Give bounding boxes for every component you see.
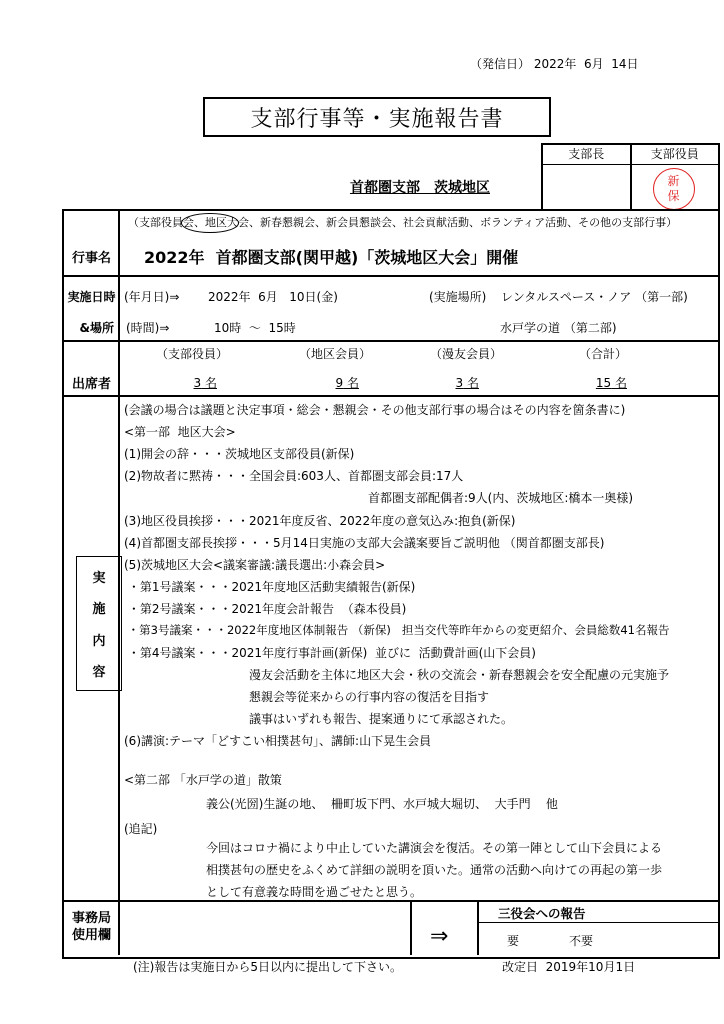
place-1-value[interactable]: レンタルスペース・ノア （第一部): [501, 288, 688, 305]
option-not-required[interactable]: 不要: [569, 932, 593, 949]
stamp-char: 新: [667, 174, 679, 189]
content-line: ・第4号議案・・・2021年度行事計画(新保) 並びに 活動費計画(山下会員): [124, 644, 536, 661]
attendee-count-manyu[interactable]: 3 名: [431, 374, 479, 391]
attendee-header-total: （合計）: [579, 345, 627, 362]
content-line: (4)首都圏支部長挨拶・・・5月14日実施の支部大会議案要旨ご説明他 （関首都圏…: [124, 534, 604, 551]
divider: [410, 900, 412, 955]
divider: [64, 340, 718, 342]
divider: [477, 900, 479, 955]
event-name-label: 行事名: [64, 247, 119, 266]
content-line: <第一部 地区大会>: [124, 423, 236, 440]
content-label-char: 容: [92, 661, 105, 680]
content-line: 今回はコロナ禍により中止していた講演会を復活。その第一陣として山下会員による: [206, 839, 662, 856]
divider: [479, 922, 718, 923]
approval-header: 支部長: [543, 145, 630, 165]
attendee-count-district[interactable]: 9 名: [301, 374, 359, 391]
approval-col-officer: 支部役員 新 保: [630, 145, 719, 211]
attendee-header-district: （地区会員）: [299, 345, 371, 362]
approval-header: 支部役員: [632, 145, 719, 165]
content-line: (追記): [124, 820, 157, 837]
approval-col-branch-head: 支部長: [543, 145, 630, 211]
content-line: 首都圏支部配偶者:9人(内、茨城地区:橋本一奥様): [368, 489, 633, 506]
content-instructions: (会議の場合は議題と決定事項・総会・懇親会・その他支部行事の場合はその内容を箇条…: [124, 401, 625, 418]
content-label-box: 実 施 内 容: [76, 556, 122, 691]
approval-box: 支部長 支部役員 新 保: [541, 143, 720, 211]
approval-seal-field[interactable]: 新 保: [632, 165, 719, 211]
time-prefix: (時間)⇒: [126, 319, 169, 336]
content-line: (5)茨城地区大会<議案審議:議長選出:小森会員>: [124, 556, 385, 573]
schedule-label: 実施日時: [64, 288, 119, 305]
content-line: <第二部 「水戸学の道」散策: [124, 771, 282, 788]
arrow-right-icon: ⇒: [430, 924, 448, 949]
option-required[interactable]: 要: [507, 932, 519, 949]
place-prefix: (実施場所): [429, 288, 486, 305]
content-line: (3)地区役員挨拶・・・2021年度反省、2022年度の意気込み:抱負(新保): [124, 512, 516, 529]
divider: [64, 275, 718, 277]
content-line: ・第2号議案・・・2021年度会計報告 （森本役員): [124, 600, 406, 617]
content-line: (1)開会の辞・・・茨城地区支部役員(新保): [124, 445, 354, 462]
attendee-count-officers[interactable]: 3 名: [162, 374, 217, 391]
attendees-label: 出席者: [64, 373, 119, 392]
content-line: (6)講演:テーマ「どすこい相撲甚句」、講師:山下晃生会員: [124, 732, 431, 749]
document-title: 支部行事等・実施報告書: [203, 97, 551, 137]
content-line: 義公(光圀)生誕の地、 柵町坂下門、水戸城大堀切、 大手門 他: [206, 795, 558, 812]
content-line: 議事はいずれも報告、提案通りにて承認された。: [249, 710, 513, 727]
content-line: (2)物故者に黙祷・・・全国会員:603人、首都圏支部会員:17人: [124, 467, 463, 484]
document-title-text: 支部行事等・実施報告書: [250, 102, 503, 133]
date-prefix: (年月日)⇒: [124, 288, 179, 305]
content-label-char: 内: [92, 630, 105, 649]
report-to-officers-title: 三役会への報告: [498, 904, 586, 922]
circled-option-mark: [181, 213, 239, 233]
date-value[interactable]: 2022年 6月 10日(金): [208, 288, 338, 305]
content-line: として有意義な時間を過ごせたと思う。: [206, 883, 422, 900]
content-line: ・第1号議案・・・2021年度地区活動実績報告(新保): [124, 578, 415, 595]
submission-note: (注)報告は実施日から5日以内に提出して下さい。: [133, 958, 402, 975]
attendee-header-manyu: （漫友会員）: [430, 345, 502, 362]
content-line: 相撲甚句の歴史をふくめて詳細の説明を頂いた。通常の活動へ向けての再起の第一歩: [206, 861, 662, 878]
content-label-char: 施: [92, 598, 105, 617]
office-use-label: 事務局 使用欄: [64, 910, 119, 944]
content-label-char: 実: [92, 567, 105, 586]
attendee-count-total[interactable]: 15 名: [569, 374, 627, 391]
branch-name: 首都圏支部 茨城地区: [350, 177, 490, 197]
divider: [64, 395, 718, 397]
event-name-value[interactable]: 2022年 首都圏支部(関甲越)「茨城地区大会」開催: [144, 245, 518, 268]
content-line: 懇親会等従来からの行事内容の復活を目指す: [249, 688, 489, 705]
seal-stamp-icon: 新 保: [653, 168, 695, 210]
stamp-char: 保: [667, 189, 679, 204]
attendee-header-officers: （支部役員）: [156, 345, 228, 362]
approval-seal-field[interactable]: [543, 165, 630, 211]
content-line: ・第3号議案・・・2022年度地区体制報告 （新保) 担当交代等昨年からの変更紹…: [124, 622, 669, 638]
time-value[interactable]: 10時 ～ 15時: [214, 319, 296, 336]
office-use-field[interactable]: [121, 902, 409, 954]
issue-date: （発信日） 2022年 6月 14日: [470, 55, 639, 72]
place-2-value[interactable]: 水戸学の道 （第二部): [500, 319, 617, 336]
report-form: 行事名 （支部役員会、地区大会、新春懇親会、新会員懇談会、社会貢献活動、ボランテ…: [62, 209, 720, 959]
revision-date: 改定日 2019年10月1日: [502, 958, 635, 975]
content-line: 漫友会活動を主体に地区大会・秋の交流会・新春懇親会を安全配慮の元実施予: [249, 666, 669, 683]
place-label: &場所: [64, 319, 114, 336]
